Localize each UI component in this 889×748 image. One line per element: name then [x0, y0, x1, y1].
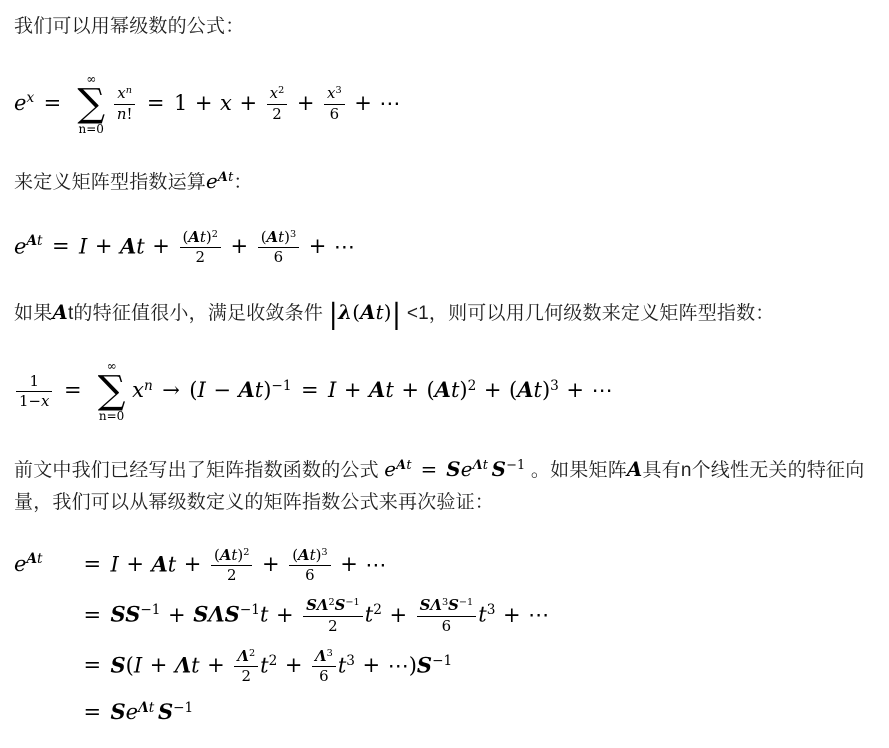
math-symbol: S: [110, 699, 125, 724]
math-symbol: e: [14, 91, 26, 115]
math-superscript: x: [26, 92, 34, 106]
fraction-denominator: 2: [234, 667, 258, 685]
math-symbol: S: [492, 457, 506, 481]
math-symbol: Λ: [237, 647, 249, 665]
math-superscript: −1: [173, 702, 193, 716]
math-symbol: t: [376, 301, 384, 324]
math-superscript: 2: [243, 548, 249, 558]
math-symbol: !: [126, 105, 132, 123]
math-symbol: −1: [459, 597, 473, 608]
math-symbol: t: [260, 653, 268, 677]
math-symbol: I: [110, 552, 118, 576]
math-relation: =: [64, 378, 82, 402]
math-symbol: Λ: [315, 647, 327, 665]
fraction-denominator: n!: [114, 105, 136, 123]
math-relation: =: [147, 91, 165, 115]
math-symbol: ⋯: [379, 91, 400, 115]
math-symbol: A: [120, 233, 136, 258]
math-operator: +: [207, 653, 225, 677]
fraction-numerator: SΛ2S−1: [303, 597, 363, 616]
math-symbol: ): [542, 378, 550, 402]
math-symbol: t: [534, 378, 542, 402]
math-operator: +: [152, 234, 170, 258]
math-symbol: (: [126, 653, 134, 677]
math-symbol: n: [144, 378, 153, 394]
math-fraction: Λ22: [234, 648, 258, 686]
math-symbol: S: [417, 652, 432, 677]
math-fraction: SΛ2S−12: [303, 597, 363, 635]
math-symbol: Λ: [175, 652, 191, 677]
math-symbol: e: [384, 458, 396, 481]
math-symbol: S: [158, 699, 173, 724]
math-symbol: A: [218, 170, 228, 185]
math-symbol: −1: [506, 458, 525, 473]
math-symbol: 2: [328, 617, 337, 635]
math-symbol: x: [270, 84, 278, 102]
math-symbol: 6: [442, 617, 451, 635]
math-relation: =: [421, 458, 438, 481]
math-superscript: 3: [550, 380, 559, 394]
math-symbol: ⋯: [334, 234, 355, 258]
inline-math: A: [52, 301, 68, 324]
math-fraction: x22: [267, 85, 288, 123]
math-operator: +: [126, 552, 144, 576]
math-fraction: (At)22: [180, 229, 221, 267]
fraction-numerator: SΛ3S−1: [417, 597, 477, 616]
math-symbol: −1: [271, 378, 291, 394]
text-run: 前文中我们已经写出了矩阵指数函数的公式: [14, 460, 384, 481]
math-symbol: 6: [274, 248, 283, 266]
math-operator: +: [231, 234, 249, 258]
text-run: 来定义矩阵型指数运算: [14, 172, 206, 193]
math-symbol: −1: [140, 602, 160, 618]
math-symbol: Λ: [317, 596, 329, 614]
math-relation: =: [83, 653, 101, 677]
math-symbol: x: [41, 392, 49, 410]
math-symbol: t: [149, 700, 154, 716]
math-symbol: 2: [195, 248, 204, 266]
math-symbol: x: [117, 84, 125, 102]
math-superscript: 3: [487, 604, 496, 618]
fraction-denominator: 2: [303, 617, 363, 635]
fraction-denominator: 6: [289, 566, 330, 584]
math-symbol: A: [26, 551, 37, 567]
math-superscript: −1: [240, 604, 260, 618]
math-symbol: A: [26, 233, 37, 249]
math-fraction: x36: [324, 85, 345, 123]
math-fraction: 11−x: [16, 373, 52, 411]
summation-with-limits: ∞∑n=0: [98, 360, 126, 423]
math-symbol: A: [52, 300, 68, 324]
math-relation: =: [301, 378, 319, 402]
sigma-icon: ∑: [77, 86, 105, 123]
math-superscript: 3: [335, 86, 341, 96]
math-symbol: e: [126, 700, 138, 724]
document-page: 我们可以用幂级数的公式： ex=∞∑n=0xnn!=1+x+x22+x36+⋯ …: [0, 0, 889, 748]
math-symbol: S: [110, 652, 125, 677]
math-symbol: 2: [269, 653, 278, 669]
math-superscript: 3: [290, 230, 296, 240]
math-symbol: A: [369, 377, 385, 402]
formula-matrix-exponential-definition: eAt=I+At+(At)22+(At)36+⋯: [14, 229, 875, 267]
math-superscript: 2: [269, 655, 278, 669]
math-symbol: A: [220, 546, 232, 564]
inline-math: |λ(At)|: [329, 301, 402, 324]
fraction-numerator: x3: [324, 85, 345, 104]
math-symbol: t: [37, 233, 42, 249]
math-symbol: t: [365, 603, 373, 627]
math-superscript: −1: [506, 460, 525, 473]
math-symbol: S: [125, 602, 140, 627]
math-symbol: e: [14, 234, 26, 258]
math-fraction: (At)22: [211, 547, 252, 585]
math-symbol: 3: [346, 653, 355, 669]
math-symbol: A: [627, 457, 643, 481]
math-symbol: A: [151, 551, 167, 576]
math-symbol: Λ: [138, 700, 149, 716]
math-symbol: e: [461, 458, 473, 481]
math-operator: +: [363, 653, 381, 677]
math-relation: =: [83, 700, 101, 724]
math-symbol: ⋯: [592, 378, 613, 402]
math-superscript: −1: [345, 598, 359, 608]
math-superscript: −1: [459, 598, 473, 608]
math-symbol: −1: [240, 602, 260, 618]
math-symbol: Λ: [473, 458, 483, 473]
math-symbol: 1: [174, 91, 187, 115]
math-symbol: I: [134, 653, 142, 677]
math-superscript: 2: [249, 649, 255, 659]
fraction-numerator: (At)2: [180, 229, 221, 248]
formula-exponential-power-series: ex=∞∑n=0xnn!=1+x+x22+x36+⋯: [14, 73, 875, 136]
math-superscript: 2: [468, 380, 477, 394]
text-run: ：: [233, 172, 252, 193]
math-symbol: t: [168, 552, 176, 576]
math-symbol: S: [193, 602, 208, 627]
math-symbol: t: [338, 653, 346, 677]
inline-math: eAt: [206, 170, 233, 193]
math-operator: +: [389, 603, 407, 627]
fraction-denominator: 6: [258, 248, 299, 266]
math-symbol: ⋯: [528, 603, 549, 627]
text-run: <1，则可以用几何级数来定义矩阵型指数：: [401, 303, 774, 324]
math-operator: +: [344, 378, 362, 402]
math-operator: +: [262, 552, 280, 576]
math-fraction: Λ36: [312, 648, 336, 686]
math-operator: +: [354, 91, 372, 115]
math-symbol: (: [426, 378, 434, 402]
equation-line: =SeΛtS−1: [14, 698, 875, 726]
fraction-denominator: 2: [267, 105, 288, 123]
fraction-numerator: (At)3: [289, 547, 330, 566]
math-relation: =: [83, 603, 101, 627]
math-symbol: 2: [272, 105, 281, 123]
math-superscript: n: [144, 380, 153, 394]
math-symbol: S: [110, 602, 125, 627]
text-run: 我们可以用幂级数的公式：: [14, 16, 244, 37]
math-symbol: 2: [468, 378, 477, 394]
math-symbol: x: [132, 378, 144, 402]
math-symbol: 2: [243, 547, 249, 558]
math-relation: =: [52, 234, 70, 258]
inline-math: eAt=SeΛtS−1: [384, 458, 525, 481]
sum-lower-limit: n=0: [98, 410, 126, 423]
math-operator: +: [484, 378, 502, 402]
math-symbol: A: [188, 228, 200, 246]
math-symbol: t: [483, 458, 488, 473]
math-symbol: 3: [487, 602, 496, 618]
math-symbol: A: [360, 300, 376, 324]
fraction-numerator: (At)2: [211, 547, 252, 566]
math-symbol: ⋯: [365, 552, 386, 576]
math-operator: +: [168, 603, 186, 627]
math-symbol: Λ: [430, 596, 442, 614]
math-operator: +: [150, 653, 168, 677]
text-run: 如果: [14, 303, 52, 324]
math-operator: +: [340, 552, 358, 576]
math-symbol: n: [126, 85, 132, 96]
math-operator: +: [239, 91, 257, 115]
math-superscript: −1: [271, 380, 291, 394]
math-fraction: SΛ3S−16: [417, 597, 477, 635]
equation-lhs: eAt: [14, 550, 74, 578]
math-symbol: 3: [290, 229, 296, 240]
math-symbol: t: [255, 378, 263, 402]
math-symbol: e: [14, 552, 26, 576]
math-symbol: S: [448, 596, 459, 614]
math-symbol: t: [406, 458, 411, 473]
math-symbol: ): [409, 653, 417, 677]
math-superscript: At: [26, 235, 42, 249]
fraction-numerator: Λ2: [234, 648, 258, 667]
paragraph-power-series-intro: 我们可以用幂级数的公式：: [14, 11, 875, 43]
fraction-denominator: 1−x: [16, 392, 52, 410]
math-superscript: 3: [321, 548, 327, 558]
math-symbol: 6: [330, 105, 339, 123]
equation-line: eAt=I+At+(At)22+(At)36+⋯: [14, 547, 875, 585]
math-symbol: t: [478, 603, 486, 627]
math-symbol: I: [197, 378, 205, 402]
math-symbol: −1: [345, 597, 359, 608]
math-symbol: 2: [241, 667, 250, 685]
math-symbol: e: [206, 170, 218, 193]
fraction-denominator: 6: [417, 617, 477, 635]
math-symbol: A: [298, 546, 310, 564]
math-superscript: Λt: [138, 702, 154, 716]
fraction-denominator: 6: [324, 105, 345, 123]
sigma-icon: ∑: [98, 373, 126, 410]
math-symbol: I: [328, 378, 336, 402]
fraction-denominator: 2: [180, 248, 221, 266]
math-fraction: xnn!: [114, 85, 136, 123]
math-symbol: 6: [319, 667, 328, 685]
math-superscript: 2: [278, 86, 284, 96]
math-symbol: S: [306, 596, 317, 614]
math-symbol: 1: [30, 372, 39, 390]
sum-lower-limit: n=0: [77, 123, 105, 136]
math-symbol: (: [352, 301, 360, 324]
math-superscript: −1: [140, 604, 160, 618]
math-symbol: −1: [173, 700, 193, 716]
math-symbol: A: [517, 377, 533, 402]
fraction-denominator: 2: [211, 566, 252, 584]
math-symbol: t: [260, 603, 268, 627]
math-superscript: 2: [212, 230, 218, 240]
text-run: t的特征值很小，满足收敛条件: [68, 303, 329, 324]
math-symbol: 2: [227, 566, 236, 584]
math-symbol: −1: [432, 653, 452, 669]
math-symbol: t: [385, 378, 393, 402]
math-symbol: A: [238, 377, 254, 402]
math-symbol: Λ: [208, 602, 224, 627]
math-symbol: t: [191, 653, 199, 677]
math-symbol: n: [117, 105, 127, 123]
math-symbol: S: [420, 596, 431, 614]
math-superscript: Λt: [473, 460, 489, 473]
math-symbol: 2: [278, 85, 284, 96]
math-symbol: (: [509, 378, 517, 402]
text-run: 。如果矩阵: [525, 460, 626, 481]
math-symbol: λ: [338, 300, 352, 324]
math-operator: +: [401, 378, 419, 402]
math-symbol: 3: [335, 85, 341, 96]
paragraph-verification-intro: 前文中我们已经写出了矩阵指数函数的公式 eAt=SeΛtS−1 。如果矩阵A具有…: [14, 453, 875, 518]
fraction-numerator: 1: [16, 373, 52, 392]
math-operator: +: [95, 234, 113, 258]
paragraph-convergence-condition: 如果At的特征值很小，满足收敛条件 |λ(At)| <1，则可以用几何级数来定义…: [14, 296, 875, 330]
math-symbol: ): [459, 378, 467, 402]
fraction-numerator: (At)3: [258, 229, 299, 248]
math-symbol: x: [327, 84, 335, 102]
math-superscript: 3: [346, 655, 355, 669]
math-operator: +: [285, 653, 303, 677]
math-symbol: A: [267, 228, 279, 246]
math-symbol: t: [136, 234, 144, 258]
math-relation: =: [83, 552, 101, 576]
math-symbol: ): [384, 301, 392, 324]
math-symbol: S: [335, 596, 346, 614]
math-symbol: S: [446, 457, 460, 481]
paragraph-define-matrix-exponential: 来定义矩阵型指数运算eAt：: [14, 166, 875, 199]
math-relation: →: [162, 378, 180, 402]
formula-geometric-series-inverse: 11−x=∞∑n=0xn→(I−At)−1=I+At+(At)2+(At)3+⋯: [14, 360, 875, 423]
math-symbol: 3: [550, 378, 559, 394]
math-symbol: 3: [321, 547, 327, 558]
math-operator: +: [195, 91, 213, 115]
math-superscript: 2: [373, 604, 382, 618]
math-relation: =: [44, 91, 62, 115]
formula-derivation-aligned-block: eAt=I+At+(At)22+(At)36+⋯=SS−1+SΛS−1t+SΛ2…: [14, 547, 875, 727]
math-operator: +: [566, 378, 584, 402]
math-operator: +: [184, 552, 202, 576]
math-symbol: t: [37, 551, 42, 567]
math-symbol: S: [225, 602, 240, 627]
vertical-bar-delimiter-icon: |: [392, 298, 402, 331]
math-symbol: 2: [373, 602, 382, 618]
fraction-numerator: x2: [267, 85, 288, 104]
math-superscript: 3: [327, 649, 333, 659]
math-symbol: x: [220, 91, 232, 115]
math-operator: +: [297, 91, 315, 115]
math-symbol: 3: [327, 648, 333, 659]
math-symbol: x: [26, 90, 34, 106]
math-fraction: (At)36: [289, 547, 330, 585]
math-symbol: ): [263, 378, 271, 402]
math-symbol: A: [396, 458, 406, 473]
math-operator: +: [309, 234, 327, 258]
vertical-bar-delimiter-icon: |: [329, 298, 339, 331]
math-superscript: n: [126, 86, 132, 96]
math-symbol: 2: [212, 229, 218, 240]
summation-with-limits: ∞∑n=0: [77, 73, 105, 136]
fraction-numerator: Λ3: [312, 648, 336, 667]
math-superscript: −1: [432, 655, 452, 669]
math-superscript: At: [218, 172, 234, 185]
math-symbol: A: [435, 377, 451, 402]
math-symbol: 1−: [19, 392, 41, 410]
fraction-numerator: xn: [114, 85, 136, 104]
math-operator: +: [276, 603, 294, 627]
math-symbol: I: [79, 234, 87, 258]
math-symbol: 2: [249, 648, 255, 659]
math-symbol: 6: [305, 566, 314, 584]
inline-math: A: [627, 458, 643, 481]
math-operator: +: [503, 603, 521, 627]
fraction-denominator: 6: [312, 667, 336, 685]
math-symbol: ⋯: [388, 653, 409, 677]
math-fraction: (At)36: [258, 229, 299, 267]
math-operator: −: [213, 378, 231, 402]
equation-line: =SS−1+SΛS−1t+SΛ2S−12t2+SΛ3S−16t3+⋯: [14, 597, 875, 635]
math-superscript: At: [396, 460, 412, 473]
math-superscript: At: [26, 553, 42, 567]
equation-line: =S(I+Λt+Λ22t2+Λ36t3+⋯)S−1: [14, 648, 875, 686]
